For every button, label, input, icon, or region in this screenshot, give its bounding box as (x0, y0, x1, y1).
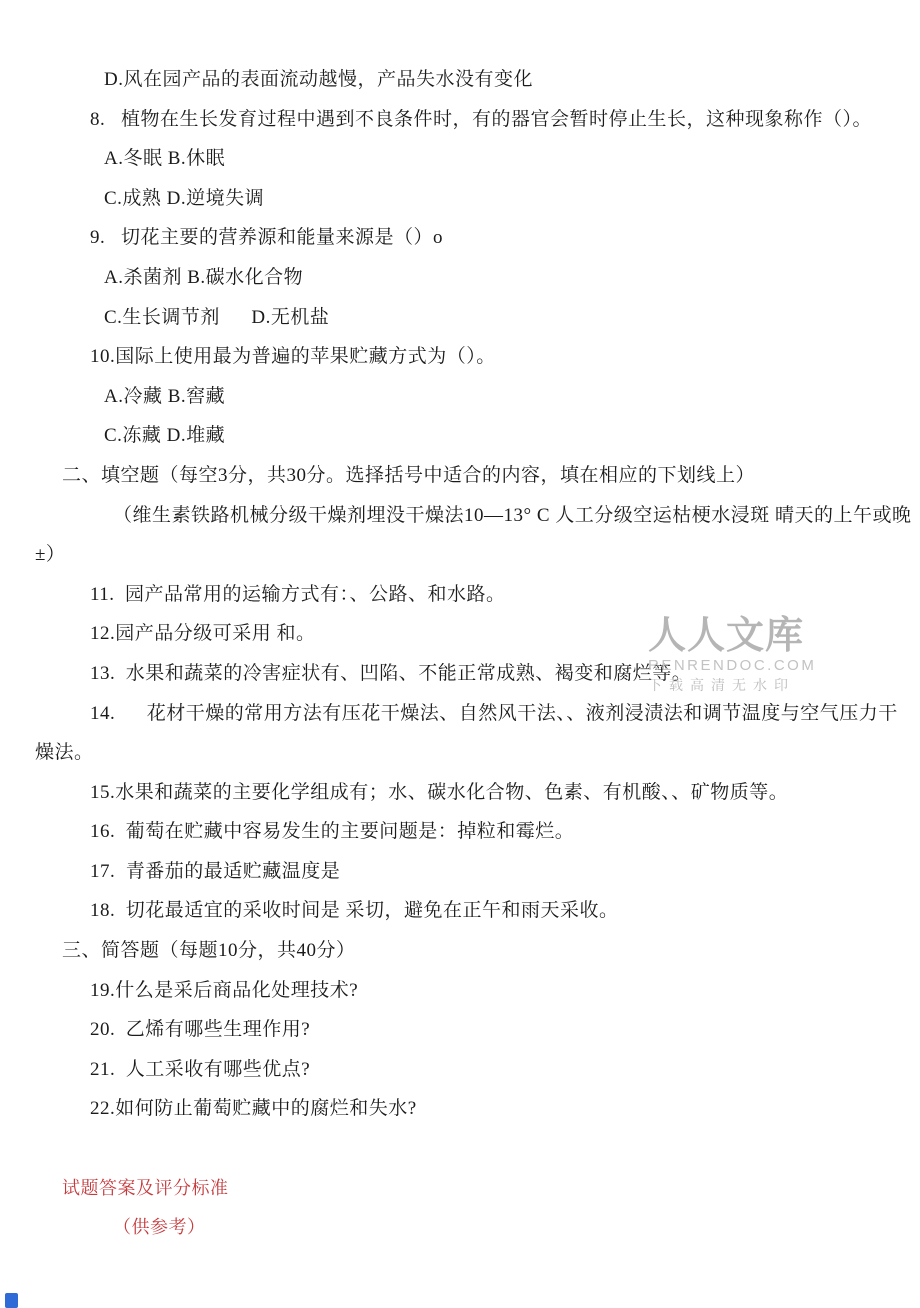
question-14-line1: 14. 花材干燥的常用方法有压花干燥法、自然风干法、、液剂浸渍法和调节温度与空气… (0, 694, 920, 734)
question-8: 8. 植物在生长发育过程中遇到不良条件时，有的器官会暂时停止生长，这种现象称作（… (0, 100, 920, 140)
options-8-ab: A.冬眠 B.休眠 (0, 139, 920, 179)
document-page: D.风在园产品的表面流动越慢，产品失水没有变化8. 植物在生长发育过程中遇到不良… (0, 0, 920, 1308)
question-22: 22.如何防止葡萄贮藏中的腐烂和失水? (0, 1089, 920, 1129)
section-2-header: 二、填空题（每空3分，共30分。选择括号中适合的内容，填在相应的下划线上） (0, 456, 920, 496)
word-bank-line-2: ±） (0, 535, 920, 575)
question-13: 13. 水果和蔬菜的冷害症状有、凹陷、不能正常成熟、褐变和腐烂等。 (0, 654, 920, 694)
question-19: 19.什么是采后商品化处理技术? (0, 971, 920, 1011)
exam-body: D.风在园产品的表面流动越慢，产品失水没有变化8. 植物在生长发育过程中遇到不良… (0, 60, 920, 1248)
options-10-ab: A.冷藏 B.窖藏 (0, 377, 920, 417)
question-14-line2: 燥法。 (0, 733, 920, 773)
spacer (0, 1129, 920, 1169)
question-10: 10.国际上使用最为普遍的苹果贮藏方式为（）。 (0, 337, 920, 377)
question-9: 9. 切花主要的营养源和能量来源是（）o (0, 218, 920, 258)
options-9-cd: C.生长调节剂 D.无机盐 (0, 298, 920, 338)
question-21: 21. 人工采收有哪些优点? (0, 1050, 920, 1090)
section-3-header: 三、简答题（每题10分，共40分） (0, 931, 920, 971)
options-10-cd: C.冻藏 D.堆藏 (0, 416, 920, 456)
answer-key-title: 试题答案及评分标准 (0, 1169, 920, 1209)
question-15: 15.水果和蔬菜的主要化学组成有；水、碳水化合物、色素、有机酸、、矿物质等。 (0, 773, 920, 813)
word-bank-line-1: （维生素铁路机械分级干燥剂埋没干燥法10—13° C 人工分级空运枯梗水浸斑 晴… (0, 496, 920, 536)
question-18: 18. 切花最适宜的采收时间是 采切，避免在正午和雨天采收。 (0, 891, 920, 931)
options-9-ab: A.杀菌剂 B.碳水化合物 (0, 258, 920, 298)
question-20: 20. 乙烯有哪些生理作用? (0, 1010, 920, 1050)
option-7-d: D.风在园产品的表面流动越慢，产品失水没有变化 (0, 60, 920, 100)
question-12: 12.园产品分级可采用 和。 (0, 614, 920, 654)
question-16: 16. 葡萄在贮藏中容易发生的主要问题是：掉粒和霉烂。 (0, 812, 920, 852)
answer-key-note: （供参考） (0, 1208, 920, 1248)
options-8-cd: C.成熟 D.逆境失调 (0, 179, 920, 219)
bottom-left-blue-marker (5, 1293, 18, 1308)
question-11: 11. 园产品常用的运输方式有：、公路、和水路。 (0, 575, 920, 615)
question-17: 17. 青番茄的最适贮藏温度是 (0, 852, 920, 892)
